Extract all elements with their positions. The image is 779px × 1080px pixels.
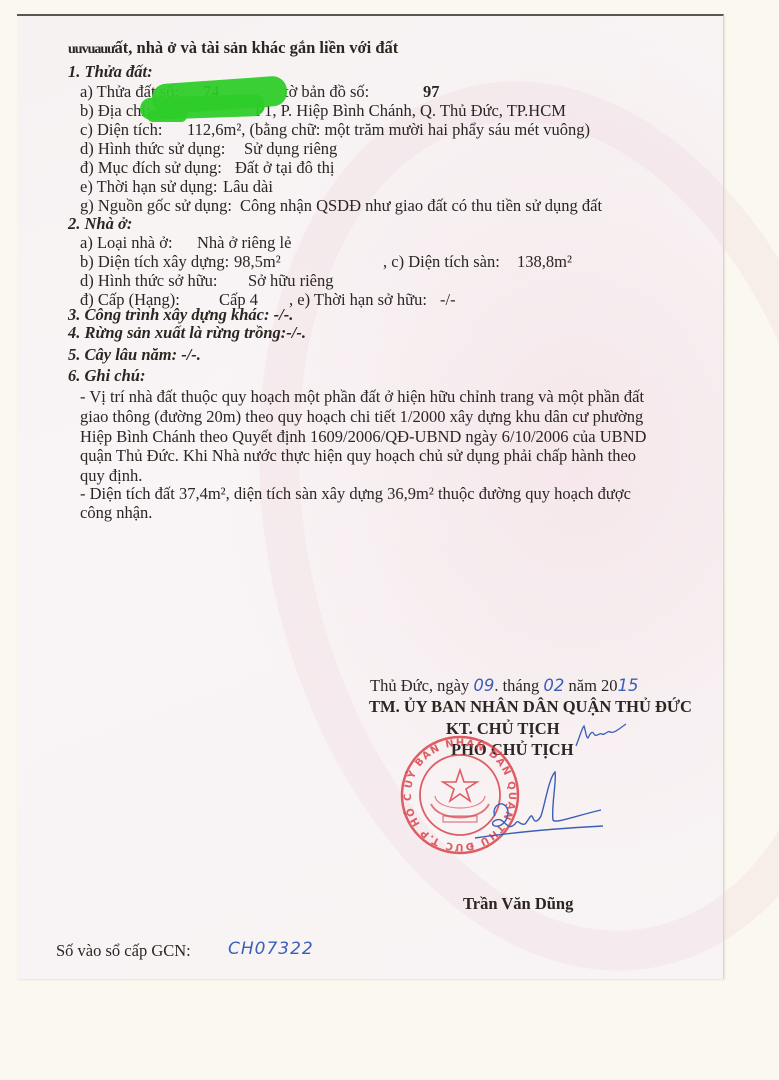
area-label: c) Diện tích: — [80, 120, 162, 140]
house-type-value: Nhà ở riêng lẻ — [197, 233, 291, 253]
map-sheet-value: 97 — [423, 82, 440, 102]
note-line: quy định. — [80, 466, 142, 486]
redaction-mark — [147, 110, 187, 122]
note-line: quận Thủ Đức. Khi Nhà nước thực hiện quy… — [80, 446, 636, 466]
registry-number: CH07322 — [228, 939, 314, 959]
section-6-heading: 6. Ghi chú: — [68, 366, 145, 386]
registry-label: Số vào sổ cấp GCN: — [56, 941, 191, 961]
address-value: P1, P. Hiệp Bình Chánh, Q. Thủ Đức, TP.H… — [255, 101, 566, 121]
note-line: Hiệp Bình Chánh theo Quyết định 1609/200… — [80, 427, 646, 447]
issuing-authority: TM. ỦY BAN NHÂN DÂN QUẬN THỦ ĐỨC — [369, 697, 692, 717]
section-4: 4. Rừng sản xuất là rừng trồng:-/-. — [68, 323, 306, 343]
ownership-term-value: -/- — [440, 290, 456, 310]
map-sheet-label: tờ bản đồ số: — [284, 82, 369, 102]
floor-area-label: , c) Diện tích sàn: — [383, 252, 500, 272]
build-area-value: 98,5m² — [234, 252, 281, 272]
note-line: công nhận. — [80, 503, 152, 523]
handwritten-day: 09 — [473, 676, 494, 695]
ownership-term-label: , e) Thời hạn sở hữu: — [289, 290, 427, 310]
main-signature — [455, 768, 605, 848]
use-term-label: e) Thời hạn sử dụng: — [80, 177, 217, 197]
section-3: 3. Công trình xây dựng khác: -/-. — [68, 305, 293, 325]
area-value: 112,6m², (bằng chữ: một trăm mười hai ph… — [187, 120, 590, 140]
note-line: - Diện tích đất 37,4m², diện tích sàn xâ… — [80, 484, 631, 504]
signer-name: Trần Văn Dũng — [463, 894, 573, 914]
section-2-heading: 2. Nhà ở: — [68, 214, 132, 234]
handwritten-year: 15 — [618, 676, 639, 695]
note-line: - Vị trí nhà đất thuộc quy hoạch một phầ… — [80, 387, 644, 407]
ownership-form-label: d) Hình thức sở hữu: — [80, 271, 218, 291]
document-title: uuvuauưất, nhà ở và tài sản khác gắn liề… — [68, 38, 398, 60]
use-form-label: d) Hình thức sử dụng: — [80, 139, 225, 159]
use-purpose-label: đ) Mục đích sử dụng: — [80, 158, 222, 178]
section-5: 5. Cây lâu năm: -/-. — [68, 345, 201, 365]
use-term-value: Lâu dài — [223, 177, 273, 197]
use-purpose-value: Đất ở tại đô thị — [235, 158, 334, 178]
initial-signature — [574, 722, 628, 748]
use-form-value: Sử dụng riêng — [244, 139, 337, 159]
build-area-label: b) Diện tích xây dựng: — [80, 252, 229, 272]
place-date: Thủ Đức, ngày 09. tháng 02 năm 2015 — [370, 676, 639, 696]
origin-label: g) Nguồn gốc sử dụng: — [80, 196, 232, 216]
section-1-heading: 1. Thửa đất: — [68, 62, 153, 82]
origin-value: Công nhận QSDĐ như giao đất có thu tiền … — [240, 196, 602, 216]
floor-area-value: 138,8m² — [517, 252, 572, 272]
handwritten-month: 02 — [543, 676, 564, 695]
note-line: giao thông (đường 20m) theo quy hoạch ch… — [80, 407, 643, 427]
house-type-label: a) Loại nhà ở: — [80, 233, 173, 253]
ownership-form-value: Sở hữu riêng — [248, 271, 334, 291]
